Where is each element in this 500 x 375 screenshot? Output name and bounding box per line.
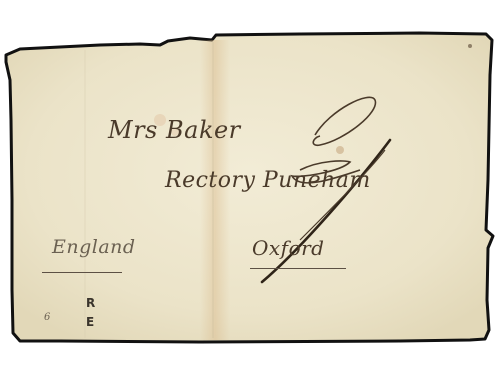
corner-mark: 6 xyxy=(44,312,51,323)
address-line-1: Mrs Baker xyxy=(108,116,241,144)
city-underline xyxy=(250,268,346,269)
side-mark-e: E xyxy=(86,315,94,329)
address-country: England xyxy=(52,236,136,258)
side-mark-r: R xyxy=(86,296,95,310)
country-underline xyxy=(42,272,122,273)
address-line-3: Oxford xyxy=(252,236,324,260)
address-line-2: Rectory Puneham xyxy=(165,168,371,193)
